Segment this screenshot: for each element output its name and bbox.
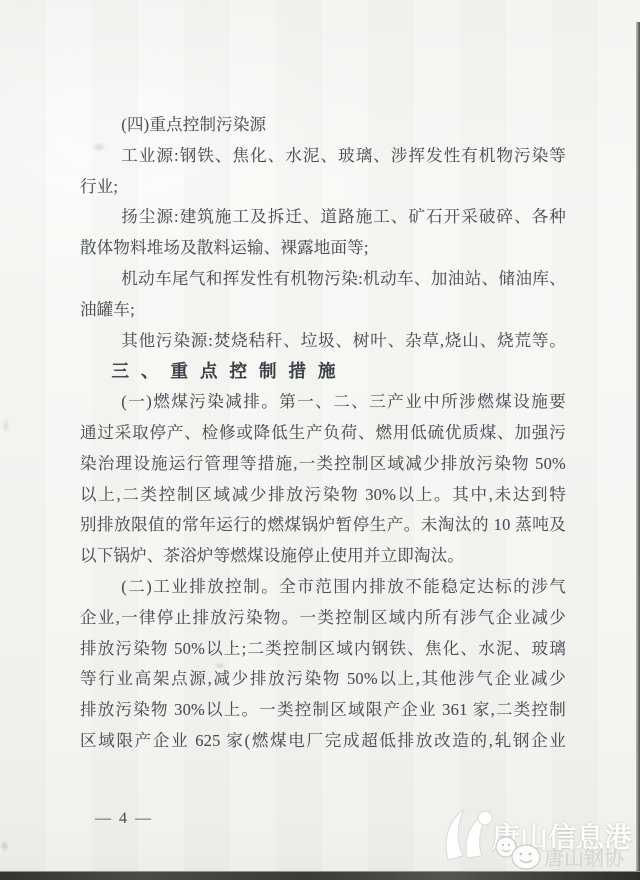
document-line: 排放污染物 50%以上;二类控制区域内钢铁、焦化、水泥、玻璃 <box>80 634 566 665</box>
scanned-document-page: (四)重点控制污染源工业源:钢铁、焦化、水泥、玻璃、涉挥发性有机物污染等行业;扬… <box>0 0 640 880</box>
watermark: 唐山信息港 唐山钢协 <box>440 804 640 876</box>
document-line: 机动车尾气和挥发性有机物污染:机动车、加油站、储油库、 <box>80 264 566 295</box>
document-line: 通过采取停产、检修或降低生产负荷、燃用低硫优质煤、加强污 <box>80 418 566 449</box>
document-line: 排放污染物 30%以上。一类控制区域限产企业 361 家,二类控制 <box>80 695 566 726</box>
scan-edge-right <box>636 22 640 872</box>
document-line: 油罐车; <box>80 295 566 326</box>
document-line: 等行业高架点源,减少排放污染物 50%以上,其他涉气企业减少 <box>80 664 566 695</box>
scan-edge-top <box>0 0 640 2</box>
document-line: 其他污染源:焚烧秸秆、垃圾、树叶、杂草,烧山、烧荒等。 <box>80 326 566 357</box>
document-line: 散体物料堆场及散料运输、裸露地面等; <box>80 233 566 264</box>
document-line: (二)工业排放控制。全市范围内排放不能稳定达标的涉气 <box>80 572 566 603</box>
document-line: 工业源:钢铁、焦化、水泥、玻璃、涉挥发性有机物污染等 <box>80 141 566 172</box>
scan-edge-bottom <box>0 871 640 880</box>
document-line: 企业,一律停止排放污染物。一类控制区域内所有涉气企业减少 <box>80 603 566 634</box>
page-number: — 4 — <box>95 810 153 828</box>
document-line: 以下锅炉、茶浴炉等燃煤设施停止使用并立即淘汰。 <box>80 541 566 572</box>
document-line: 染治理设施运行管理等措施,一类控制区域减少排放污染物 50% <box>80 449 566 480</box>
scan-smudge <box>0 840 9 852</box>
document-line: (四)重点控制污染源 <box>80 110 566 141</box>
scan-smudge <box>2 418 10 434</box>
document-body: (四)重点控制污染源工业源:钢铁、焦化、水泥、玻璃、涉挥发性有机物污染等行业;扬… <box>80 110 566 757</box>
document-line: 行业; <box>80 172 566 203</box>
watermark-secondary-text: 唐山钢协 <box>544 842 624 871</box>
document-line: 区域限产企业 625 家(燃煤电厂完成超低排放改造的,轧钢企业 <box>80 726 566 757</box>
document-line: (一)燃煤污染减排。第一、二、三产业中所涉燃煤设施要 <box>80 387 566 418</box>
document-line: 扬尘源:建筑施工及拆迁、道路施工、矿石开采破碎、各种 <box>80 202 566 233</box>
chat-smiley-icon <box>494 834 544 872</box>
wing-swoosh-icon <box>440 806 496 864</box>
document-line: 以上,二类控制区域减少排放污染物 30%以上。其中,未达到特 <box>80 480 566 511</box>
document-line: 别排放限值的常年运行的燃煤锅炉暂停生产。未淘汰的 10 蒸吨及 <box>80 510 566 541</box>
document-line: 三、重点控制措施 <box>80 356 566 387</box>
